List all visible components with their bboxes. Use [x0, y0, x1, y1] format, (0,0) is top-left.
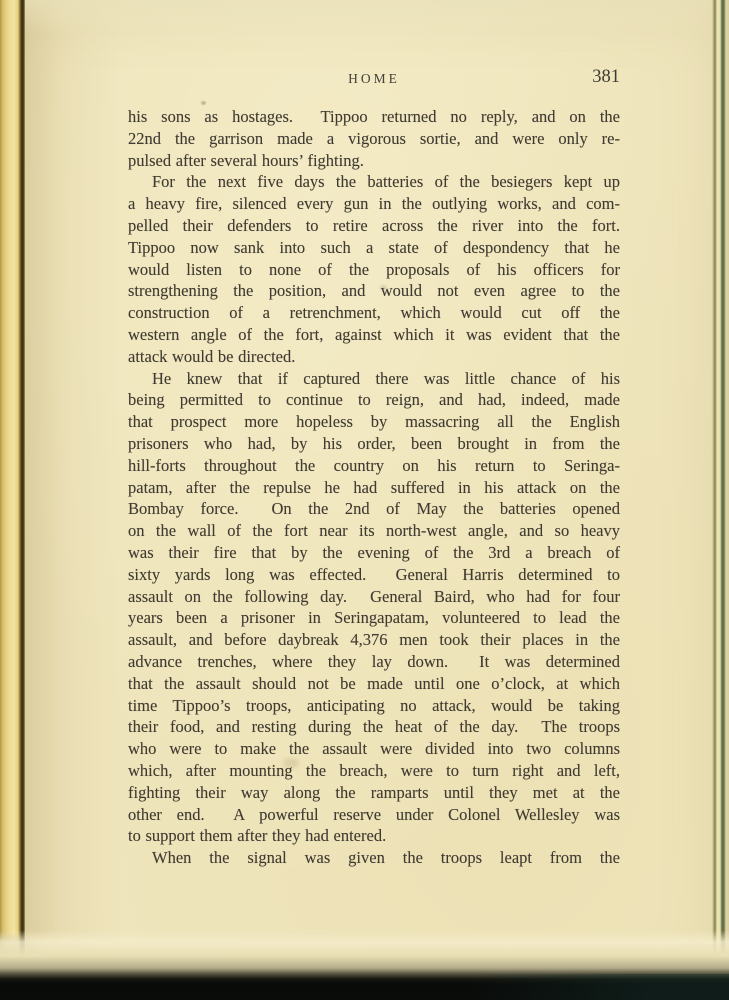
text-line: was their fire that by the evening of th… — [128, 542, 620, 564]
text-line: For the next five days the batteries of … — [128, 171, 620, 193]
text-line: which, after mounting the breach, were t… — [128, 760, 620, 782]
text-line: being permitted to continue to reign, an… — [128, 389, 620, 411]
text-line: advance trenches, where they lay down. I… — [128, 651, 620, 673]
book-page-scan: HOME 381 his sons as hostages. Tippoo re… — [0, 0, 729, 1000]
paragraph: For the next five days the batteries of … — [128, 171, 620, 367]
text-line: pelled their defenders to retire across … — [128, 215, 620, 237]
text-line: assault on the following day. General Ba… — [128, 586, 620, 608]
left-page-stack-edge — [0, 0, 25, 978]
text-line: on the wall of the fort near its north-w… — [128, 520, 620, 542]
text-line: prisoners who had, by his order, been br… — [128, 433, 620, 455]
text-line: strengthening the position, and would no… — [128, 280, 620, 302]
text-line: 22nd the garrison made a vigorous sortie… — [128, 128, 620, 150]
text-line: fighting their way along the ramparts un… — [128, 782, 620, 804]
text-line: to support them after they had entered. — [128, 825, 620, 847]
text-line: his sons as hostages. Tippoo returned no… — [128, 106, 620, 128]
right-page-edge — [712, 0, 729, 985]
paragraph: When the signal was given the troops lea… — [128, 847, 620, 869]
text-line: time Tippoo’s troops, anticipating no at… — [128, 695, 620, 717]
text-line: their food, and resting during the heat … — [128, 716, 620, 738]
text-line: that the assault should not be made unti… — [128, 673, 620, 695]
text-line: other end. A powerful reserve under Colo… — [128, 804, 620, 826]
page-body: his sons as hostages. Tippoo returned no… — [128, 106, 620, 869]
text-line: attack would be directed. — [128, 346, 620, 368]
text-line: Tippoo now sank into such a state of des… — [128, 237, 620, 259]
paragraph: He knew that if captured there was littl… — [128, 368, 620, 848]
text-line: patam, after the repulse he had suffered… — [128, 477, 620, 499]
text-line: years been a prisoner in Seringapatam, v… — [128, 607, 620, 629]
text-line: sixty yards long was effected. General H… — [128, 564, 620, 586]
text-line: construction of a retrenchment, which wo… — [128, 302, 620, 324]
text-line: who were to make the assault were divide… — [128, 738, 620, 760]
text-line: that prospect more hopeless by massacrin… — [128, 411, 620, 433]
text-line: western angle of the fort, against which… — [128, 324, 620, 346]
page-number: 381 — [128, 67, 620, 88]
paragraph: his sons as hostages. Tippoo returned no… — [128, 106, 620, 171]
text-line: pulsed after several hours’ fighting. — [128, 150, 620, 172]
text-line: He knew that if captured there was littl… — [128, 368, 620, 390]
text-line: When the signal was given the troops lea… — [128, 847, 620, 869]
scan-background-tint — [469, 974, 729, 1000]
paper-speck — [201, 101, 206, 105]
text-line: a heavy fire, silenced every gun in the … — [128, 193, 620, 215]
text-line: assault, and before daybreak 4,376 men t… — [128, 629, 620, 651]
text-line: would listen to none of the proposals of… — [128, 259, 620, 281]
text-line: Bombay force. On the 2nd of May the batt… — [128, 498, 620, 520]
text-line: hill-forts throughout the country on his… — [128, 455, 620, 477]
